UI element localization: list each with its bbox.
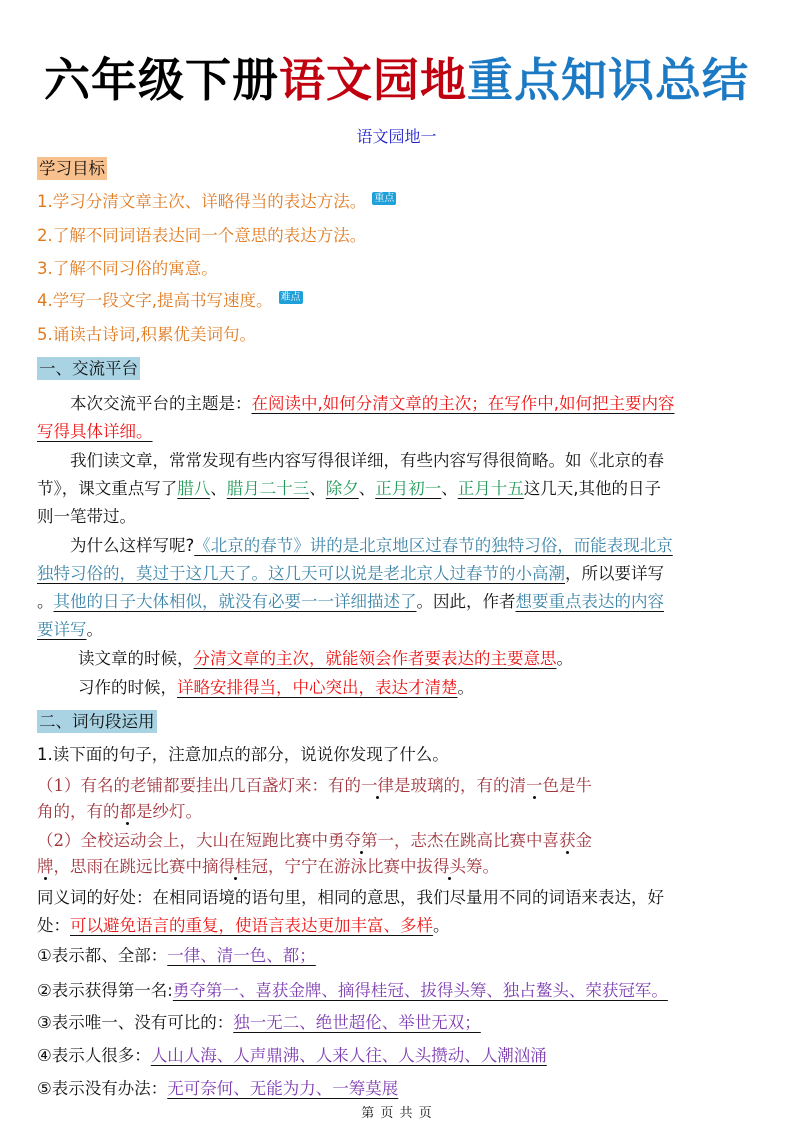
reason-text: 。因此，作者 [417, 592, 516, 611]
section2-header-row: 二、词句段运用 [37, 711, 157, 733]
reason-text: ，所以要详写 [565, 564, 664, 583]
dotted-word: 拔得头筹 [417, 857, 483, 876]
example-text: 这几天,其他的日子 [524, 479, 661, 498]
objective-item: 5.诵读古诗词,积累优美词句。 [37, 324, 256, 346]
objectives-header-row: 学习目标 [37, 158, 107, 180]
difficulty-badge: 难点 [279, 291, 303, 304]
paragraph-example-cont: 节》，课文重点写了腊八、腊月二十三、除夕、正月初一、正月十五这几天,其他的日子 [37, 478, 661, 500]
example-text: 则一笔带过。 [37, 507, 136, 526]
group-label: ①表示都、全部： [37, 946, 167, 965]
paragraph-reason-cont: 。其他的日子大体相似，就没有必要一一详细描述了。因此，作者想要重点表达的内容 [37, 591, 664, 613]
sentence-text: 。 [483, 857, 500, 876]
synonym-benefit-cont: 处：可以避免语言的重复，使语言表达更加丰富、多样。 [37, 915, 450, 937]
synonym-text: 同义词的好处：在相同语境的语句里，相同的意思，我们尽量用不同的词语来表达，好 [37, 888, 664, 907]
example-text: 我们读文章，常常发现有些内容写得很详细，有些内容写得很简略。如《北京的春 [70, 451, 664, 470]
page-title: 六年级下册语文园地重点知识总结 [0, 50, 793, 110]
punctuation: 。 [433, 916, 450, 935]
group-words: 独一无二、绝世超伦、举世无双； [233, 1013, 481, 1032]
sentence-text: 是玻璃的，有的 [394, 776, 510, 795]
dotted-word: 勇夺第一 [328, 831, 394, 850]
group-words: 无可奈何、无能为力、一筹莫展 [167, 1079, 398, 1098]
reason-text: 为什么这样写呢? [70, 536, 194, 555]
title-part-grade: 六年级下册 [44, 53, 279, 107]
example-sentence-1-cont: 角的，有的都是纱灯。 [37, 801, 202, 823]
section1-header: 一、交流平台 [37, 357, 140, 380]
paragraph-example: 我们读文章，常常发现有些内容写得很详细，有些内容写得很简略。如《北京的春 [70, 450, 664, 472]
festival-day: 正月初一 [375, 479, 441, 498]
theme-highlight: 写得具体详细。 [37, 422, 153, 441]
synonym-group: ②表示获得第一名:勇夺第一、喜获金牌、摘得桂冠、拔得头筹、独占鳌头、荣获冠军。 [37, 980, 668, 1002]
group-words: 一律、清一色、都； [167, 946, 316, 965]
dotted-word: 一律 [361, 776, 394, 795]
theme-label: 本次交流平台的主题是： [70, 394, 252, 413]
paragraph-theme-cont: 写得具体详细。 [37, 421, 153, 443]
paragraph-writing: 习作的时候，详略安排得当，中心突出，表达才清楚。 [78, 677, 474, 699]
section1-header-row: 一、交流平台 [37, 358, 140, 380]
page-footer: 第 页 共 页 [0, 1102, 793, 1121]
sentence-text: 是牛 [559, 776, 592, 795]
reading-highlight: 分清文章的主次，就能领会作者要表达的主要意思 [194, 649, 557, 668]
objective-text: 3.了解不同习俗的寓意。 [37, 259, 218, 278]
synonym-highlight: 可以避免语言的重复，使语言表达更加丰富、多样 [70, 916, 433, 935]
synonym-text: 处： [37, 916, 70, 935]
group-label: ③表示唯一、没有可比的： [37, 1013, 233, 1032]
objective-item: 1.学习分清文章主次、详略得当的表达方法。重点 [37, 191, 396, 213]
reason-highlight: 要详写 [37, 620, 87, 639]
paragraph-reading: 读文章的时候，分清文章的主次，就能领会作者要表达的主要意思。 [78, 648, 573, 670]
title-part-summary: 重点知识总结 [467, 53, 749, 107]
reason-highlight: 其他的日子大体相似，就没有必要一一详细描述了 [54, 592, 417, 611]
reason-highlight: 独特习俗的，莫过于这几天了。这几天可以说是老北京人过春节的小高潮 [37, 564, 565, 583]
synonym-group: ①表示都、全部：一律、清一色、都； [37, 945, 316, 967]
reading-label: 读文章的时候， [78, 649, 194, 668]
dotted-word: 喜获金 [543, 831, 593, 850]
sentence-text: （2）全校运动会上，大山在短跑比赛中 [37, 831, 328, 850]
punctuation: 。 [458, 678, 475, 697]
paragraph-theme: 本次交流平台的主题是：在阅读中,如何分清文章的主次；在写作中,如何把主要内容 [70, 393, 675, 415]
sentence-text: ，宁宁在游泳比赛中 [268, 857, 417, 876]
separator: 、 [309, 479, 326, 498]
question-text: 1.读下面的句子，注意加点的部分，说说你发现了什么。 [37, 745, 449, 764]
sentence-text: （1）有名的老铺都要挂出几百盏灯来：有的 [37, 776, 361, 795]
group-label: ②表示获得第一名: [37, 981, 173, 1000]
objective-text: 4.学写一段文字,提高书写速度。 [37, 291, 273, 310]
synonym-group: ④表示人很多：人山人海、人声鼎沸、人来人往、人头攒动、人潮汹涌 [37, 1045, 547, 1067]
festival-day: 腊月二十三 [227, 479, 310, 498]
example-text: 节》，课文重点写了 [37, 479, 177, 498]
writing-label: 习作的时候， [78, 678, 177, 697]
key-point-badge: 重点 [372, 192, 396, 205]
document-page: 六年级下册语文园地重点知识总结 语文园地一 学习目标 1.学习分清文章主次、详略… [0, 0, 793, 1122]
objective-text: 5.诵读古诗词,积累优美词句。 [37, 325, 256, 344]
question-1: 1.读下面的句子，注意加点的部分，说说你发现了什么。 [37, 744, 449, 766]
separator: 、 [210, 479, 227, 498]
punctuation: 。 [557, 649, 574, 668]
objective-item: 3.了解不同习俗的寓意。 [37, 258, 218, 280]
festival-day: 腊八 [177, 479, 210, 498]
group-words: 人山人海、人声鼎沸、人来人往、人头攒动、人潮汹涌 [151, 1046, 547, 1065]
writing-highlight: 详略安排得当，中心突出，表达才清楚 [177, 678, 458, 697]
reason-text: 。 [87, 620, 104, 639]
sentence-text: ，志杰在跳高比赛中 [394, 831, 543, 850]
dotted-word: 都 [120, 802, 137, 821]
objective-item: 4.学写一段文字,提高书写速度。难点 [37, 290, 303, 312]
group-label: ④表示人很多： [37, 1046, 151, 1065]
example-sentence-2: （2）全校运动会上，大山在短跑比赛中勇夺第一，志杰在跳高比赛中喜获金 [37, 830, 592, 852]
festival-day: 除夕 [326, 479, 359, 498]
theme-highlight: 在阅读中,如何分清文章的主次；在写作中,如何把主要内容 [252, 394, 675, 413]
sentence-text: ，思雨在跳远比赛中 [54, 857, 203, 876]
separator: 、 [359, 479, 376, 498]
example-sentence-1: （1）有名的老铺都要挂出几百盏灯来：有的一律是玻璃的，有的清一色是牛 [37, 775, 592, 797]
example-sentence-2-cont: 牌，思雨在跳远比赛中摘得桂冠，宁宁在游泳比赛中拔得头筹。 [37, 856, 499, 878]
objective-text: 1.学习分清文章主次、详略得当的表达方法。 [37, 192, 366, 211]
group-words: 勇夺第一、喜获金牌、摘得桂冠、拔得头筹、独占鳌头、荣获冠军。 [173, 981, 668, 1000]
paragraph-reason-cont: 独特习俗的，莫过于这几天了。这几天可以说是老北京人过春节的小高潮，所以要详写 [37, 563, 664, 585]
paragraph-reason-cont: 要详写。 [37, 619, 103, 641]
section2-header: 二、词句段运用 [37, 710, 157, 733]
festival-day: 正月十五 [458, 479, 524, 498]
objectives-header: 学习目标 [37, 157, 107, 180]
dotted-word: 牌 [37, 857, 54, 876]
synonym-benefit: 同义词的好处：在相同语境的语句里，相同的意思，我们尽量用不同的词语来表达，好 [37, 887, 664, 909]
sentence-text: 是纱灯。 [136, 802, 202, 821]
synonym-group: ③表示唯一、没有可比的：独一无二、绝世超伦、举世无双； [37, 1012, 481, 1034]
title-part-yuandi: 语文园地 [279, 53, 467, 107]
objective-text: 2.了解不同词语表达同一个意思的表达方法。 [37, 226, 366, 245]
group-label: ⑤表示没有办法： [37, 1079, 167, 1098]
reason-text: 。 [37, 592, 54, 611]
paragraph-example-cont: 则一笔带过。 [37, 506, 136, 528]
synonym-group: ⑤表示没有办法：无可奈何、无能为力、一筹莫展 [37, 1078, 398, 1100]
dotted-word: 摘得桂冠 [202, 857, 268, 876]
section-subtitle: 语文园地一 [0, 124, 793, 147]
reason-highlight: 想要重点表达的内容 [516, 592, 665, 611]
paragraph-reason: 为什么这样写呢?《北京的春节》讲的是北京地区过春节的独特习俗，而能表现北京 [70, 535, 673, 557]
reason-highlight: 《北京的春节》讲的是北京地区过春节的独特习俗，而能表现北京 [194, 536, 673, 555]
objective-item: 2.了解不同词语表达同一个意思的表达方法。 [37, 225, 366, 247]
separator: 、 [441, 479, 458, 498]
dotted-word: 清一色 [510, 776, 560, 795]
sentence-text: 角的，有的 [37, 802, 120, 821]
